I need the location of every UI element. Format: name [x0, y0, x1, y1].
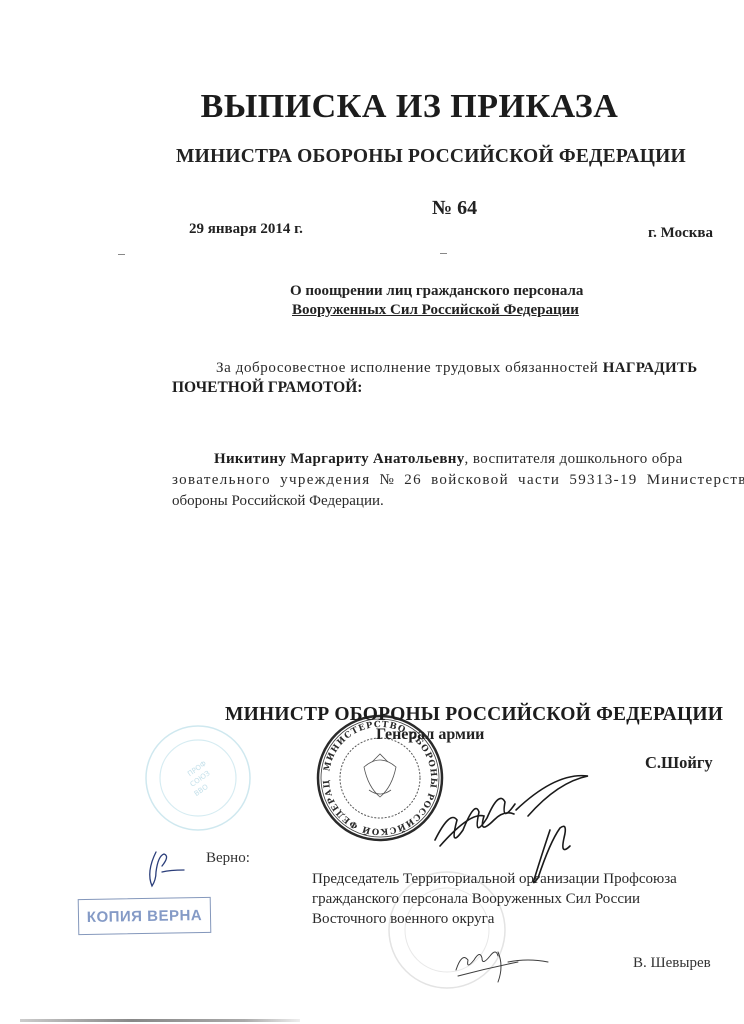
- chairman-title-line1: Председатель Территориальной организации…: [312, 871, 677, 888]
- award-type: ПОЧЕТНОЙ ГРАМОТОЙ:: [172, 379, 362, 397]
- signatory-position: МИНИСТР ОБОРОНЫ РОССИЙСКОЙ ФЕДЕРАЦИИ: [225, 704, 723, 726]
- order-topic-line2: Вооруженных Сил Российской Федерации: [292, 302, 579, 319]
- order-number: № 64: [432, 197, 477, 220]
- scan-mark: [118, 254, 125, 255]
- chairman-title-line2: гражданского персонала Вооруженных Сил Р…: [312, 891, 640, 908]
- chairman-name: В. Шевырев: [633, 955, 711, 972]
- signatory-name: С.Шойгу: [645, 753, 713, 773]
- certification-label: Верно:: [206, 850, 250, 867]
- order-date: 29 января 2014 г.: [189, 221, 303, 238]
- scan-mark: [440, 253, 447, 254]
- award-verb: НАГРАДИТЬ: [603, 360, 698, 376]
- recipient-position: , воспитателя дошкольного обра: [465, 451, 683, 467]
- scan-edge-shadow: [20, 1019, 300, 1022]
- certifier-initials-icon: [140, 842, 190, 897]
- faded-union-seal-icon: ПРОФ СОЮЗ ВВО: [140, 722, 260, 837]
- copy-certified-stamp: КОПИЯ ВЕРНА: [78, 897, 212, 935]
- order-topic-line1: О поощрении лиц гражданского персонала: [290, 283, 583, 300]
- award-reason: За добросовестное исполнение трудовых об…: [216, 360, 603, 376]
- document-title: ВЫПИСКА ИЗ ПРИКАЗА: [0, 88, 744, 126]
- recipient-line2: зовательного учреждения № 26 войсковой ч…: [172, 472, 744, 489]
- recipient-line3: обороны Российской Федерации.: [172, 493, 384, 510]
- recipient-name: Никитину Маргариту Анатольевну: [214, 451, 465, 467]
- chairman-title-line3: Восточного военного округа: [312, 911, 494, 928]
- chairman-signature-icon: [448, 940, 558, 985]
- signatory-rank: Генерал армии: [376, 726, 484, 744]
- award-paragraph-line1: За добросовестное исполнение трудовых об…: [216, 360, 698, 377]
- recipient-line1: Никитину Маргариту Анатольевну, воспитат…: [214, 451, 683, 468]
- order-city: г. Москва: [648, 225, 713, 242]
- minister-signature-icon: [420, 770, 610, 885]
- document-subtitle: МИНИСТРА ОБОРОНЫ РОССИЙСКОЙ ФЕДЕРАЦИИ: [176, 146, 686, 168]
